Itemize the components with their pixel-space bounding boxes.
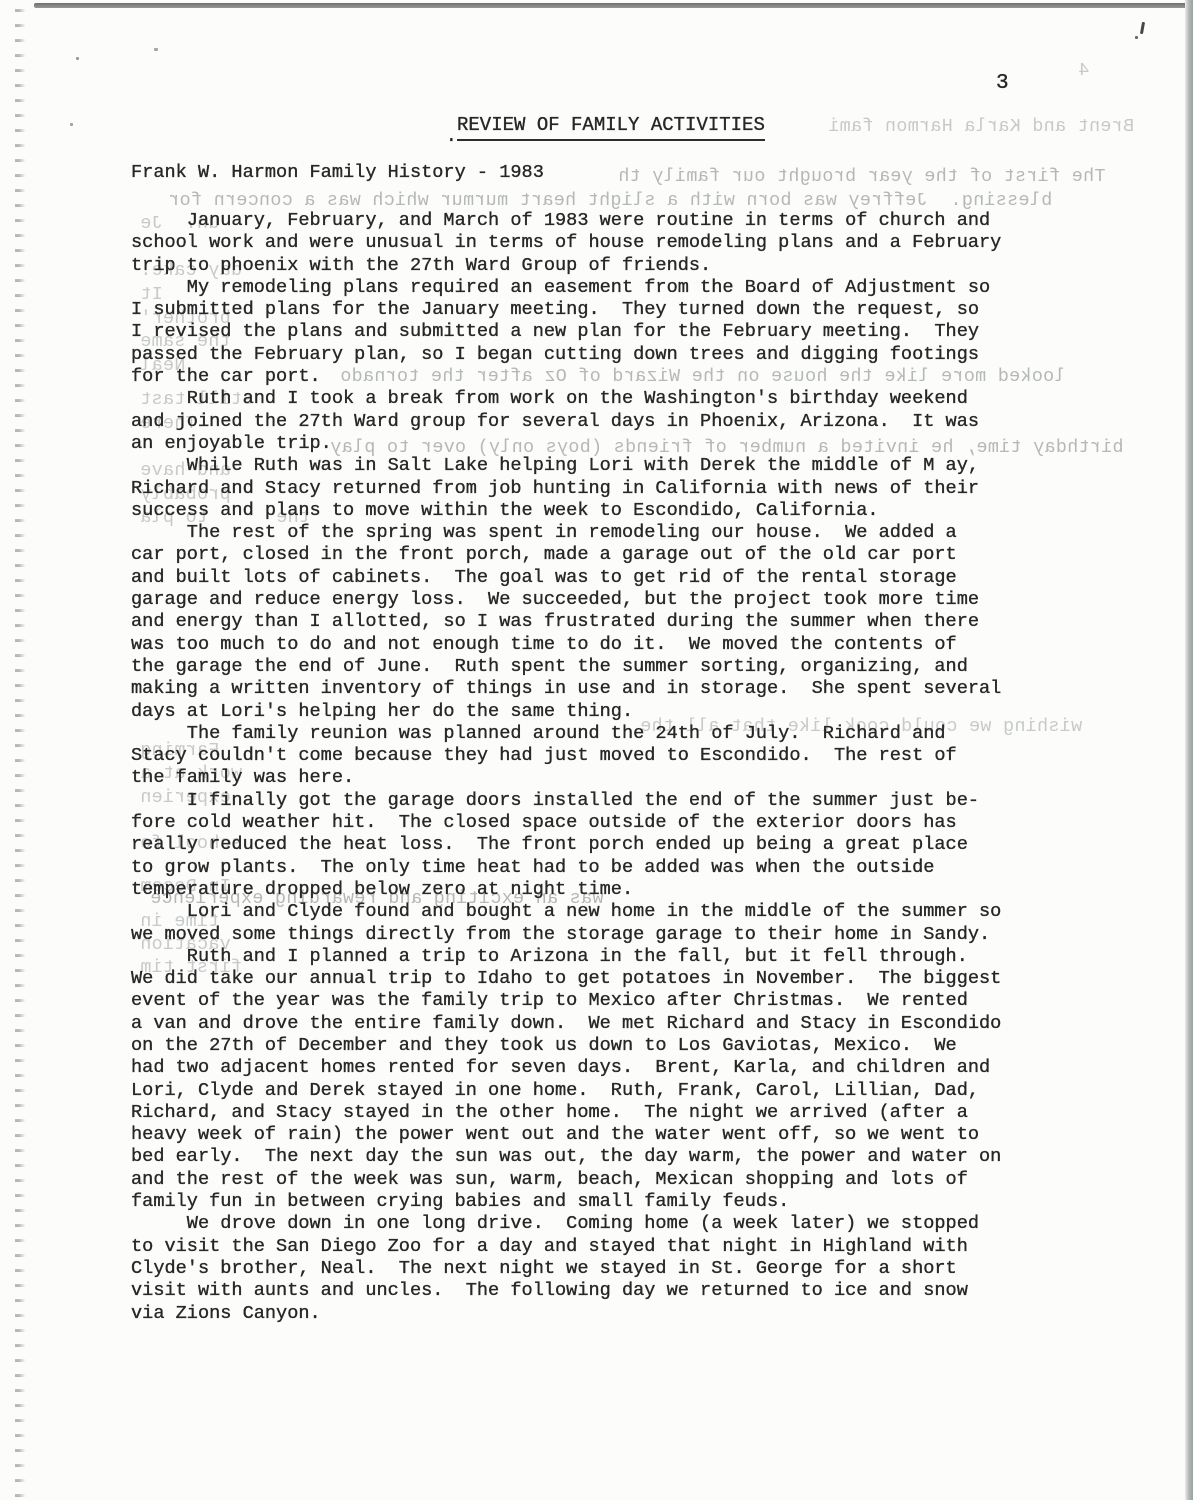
ghost-line: 4	[1078, 60, 1089, 82]
ghost-line: The first of the year brought our family…	[618, 166, 1105, 188]
page-number: 3	[996, 73, 1009, 95]
document-subtitle: Frank W. Harmon Family History - 1983	[131, 162, 544, 184]
ghost-line: Brent and Karla Harmon fami	[828, 116, 1134, 138]
document-title: REVIEW OF FAMILY ACTIVITIES	[457, 114, 765, 141]
document-body-text: January, February, and March of 1983 wer…	[131, 210, 1001, 1325]
ghost-line: blessing. Jeffrey was born with a slight…	[168, 190, 1052, 212]
stray-dot-mark: .	[446, 126, 457, 148]
scanned-document-page: 4Brent and Karla Harmon famiThe first of…	[0, 0, 1193, 1500]
